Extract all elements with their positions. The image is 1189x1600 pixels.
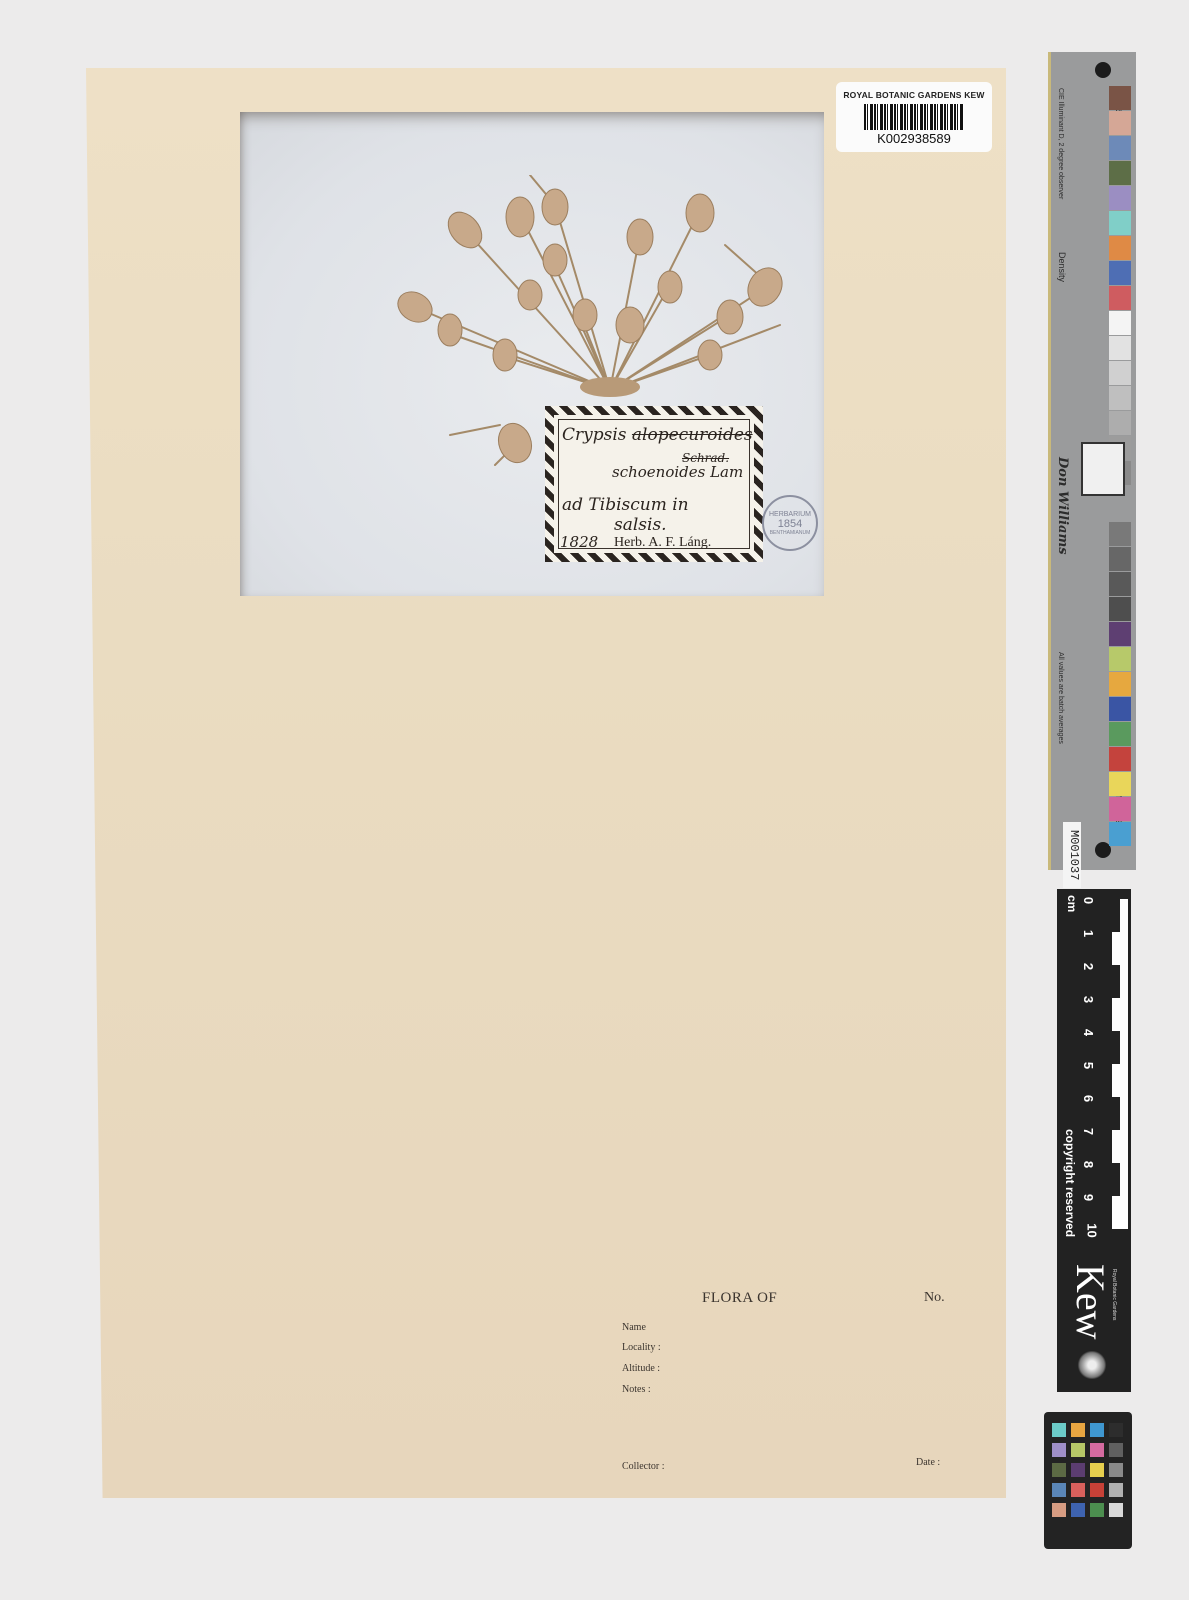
checker-swatch xyxy=(1071,1503,1085,1517)
barcode-label: ROYAL BOTANIC GARDENS KEW K002938589 xyxy=(836,82,992,152)
stamp-text-bottom: BENTHAMIANUM xyxy=(770,530,811,536)
color-patch xyxy=(1109,522,1131,546)
color-patch xyxy=(1109,572,1131,596)
color-patch xyxy=(1109,361,1131,385)
kew-logo-subtitle: Royal Botanic Gardens xyxy=(1111,1269,1117,1320)
checker-swatch xyxy=(1090,1463,1104,1477)
color-patch xyxy=(1109,797,1131,821)
ruler-brand: Don Williams xyxy=(1055,457,1070,555)
scale-number: 9 xyxy=(1081,1194,1096,1201)
notes-field-label: Notes : xyxy=(622,1384,651,1395)
checker-swatch xyxy=(1109,1443,1123,1457)
color-patch xyxy=(1109,386,1131,410)
date-field-label: Date : xyxy=(916,1457,940,1468)
checker-swatch xyxy=(1052,1423,1066,1437)
color-patch xyxy=(1109,647,1131,671)
institution-name: ROYAL BOTANIC GARDENS KEW xyxy=(836,90,992,100)
kew-logo: Kew xyxy=(1067,1264,1114,1340)
scale-number: 8 xyxy=(1081,1161,1096,1168)
synonym: schoenoides Lam xyxy=(612,463,743,481)
ruler-hole-icon xyxy=(1095,62,1111,78)
scale-number: 5 xyxy=(1081,1062,1096,1069)
checker-swatch xyxy=(1052,1463,1066,1477)
color-patch xyxy=(1109,672,1131,696)
stamp-year: 1854 xyxy=(778,518,802,530)
kew-crest-icon xyxy=(1077,1351,1107,1379)
color-patch xyxy=(1109,622,1131,646)
checker-swatch xyxy=(1052,1503,1066,1517)
batch-note: All values are batch averages xyxy=(1057,652,1064,744)
name-field-label: Name xyxy=(622,1322,646,1333)
checker-swatch xyxy=(1052,1443,1066,1457)
checker-swatch xyxy=(1071,1423,1085,1437)
color-patch xyxy=(1109,161,1131,185)
collector-field-label: Collector : xyxy=(622,1461,665,1472)
color-patch xyxy=(1109,136,1131,160)
color-patch xyxy=(1109,547,1131,571)
checker-swatch xyxy=(1109,1423,1123,1437)
density-label: Density xyxy=(1057,252,1067,282)
checker-swatch xyxy=(1052,1483,1066,1497)
color-patch xyxy=(1109,286,1131,310)
scale-number: 6 xyxy=(1081,1095,1096,1102)
color-patch xyxy=(1109,772,1131,796)
color-patch xyxy=(1109,336,1131,360)
number-label: No. xyxy=(924,1290,945,1306)
color-patch xyxy=(1109,236,1131,260)
scale-number: 1 xyxy=(1081,930,1096,937)
stamp-text-top: HERBARIUM xyxy=(769,511,811,518)
color-patch xyxy=(1109,747,1131,771)
scale-number: 0 xyxy=(1081,897,1096,904)
scale-number: 7 xyxy=(1081,1128,1096,1135)
herbarium-name: Herb. A. F. Láng. xyxy=(614,535,711,551)
locality-line-2: salsis. xyxy=(614,515,667,535)
flora-title: FLORA OF xyxy=(702,1290,777,1307)
color-patch xyxy=(1109,186,1131,210)
locality-line-1: ad Tibiscum in xyxy=(562,495,689,515)
color-patch xyxy=(1109,822,1131,846)
color-patch xyxy=(1109,697,1131,721)
checker-swatch xyxy=(1109,1483,1123,1497)
cm-scale-bar: cm 012345678910 copyright reserved Kew R… xyxy=(1057,889,1131,1392)
checker-swatch xyxy=(1090,1483,1104,1497)
scale-number: 3 xyxy=(1081,996,1096,1003)
checker-swatch xyxy=(1090,1423,1104,1437)
color-patch xyxy=(1109,411,1131,435)
checker-swatch xyxy=(1090,1443,1104,1457)
checker-swatch xyxy=(1090,1503,1104,1517)
color-calibration-ruler: inches CIE Illuminant D, 2 degree observ… xyxy=(1048,52,1136,870)
color-patch xyxy=(1109,111,1131,135)
ruler-code: M001037 xyxy=(1063,822,1081,888)
species-name: Crypsis alopecuroides xyxy=(562,425,753,445)
color-patch xyxy=(1109,211,1131,235)
collection-year: 1828 xyxy=(560,533,598,551)
altitude-field-label: Altitude : xyxy=(622,1363,660,1374)
scale-number: 2 xyxy=(1081,963,1096,970)
color-patch xyxy=(1109,597,1131,621)
checker-swatch xyxy=(1071,1443,1085,1457)
locality-field-label: Locality : xyxy=(622,1342,661,1353)
checker-swatch xyxy=(1071,1483,1085,1497)
barcode-icon xyxy=(864,104,964,130)
color-patch xyxy=(1109,722,1131,746)
copyright-text: copyright reserved xyxy=(1063,1129,1077,1237)
scale-number: 4 xyxy=(1081,1029,1096,1036)
checker-swatch xyxy=(1109,1463,1123,1477)
color-patch xyxy=(1109,86,1131,110)
color-patch xyxy=(1109,311,1131,335)
barcode-id: K002938589 xyxy=(836,131,992,146)
color-checker-card xyxy=(1044,1412,1132,1549)
gray-target-icon xyxy=(1081,442,1125,496)
scale-number: 10 xyxy=(1085,1223,1100,1237)
illuminant-note: CIE Illuminant D, 2 degree observer xyxy=(1057,88,1064,199)
checker-swatch xyxy=(1071,1463,1085,1477)
specimen-label: Crypsis alopecuroides Schrad. schoenoide… xyxy=(545,406,763,562)
struck-epithet: alopecuroides xyxy=(632,425,753,445)
scale-ticks xyxy=(1112,899,1128,1229)
herbarium-stamp: HERBARIUM 1854 BENTHAMIANUM xyxy=(762,495,818,551)
cm-unit-label: cm xyxy=(1065,895,1079,912)
color-patch xyxy=(1109,261,1131,285)
checker-swatch xyxy=(1109,1503,1123,1517)
